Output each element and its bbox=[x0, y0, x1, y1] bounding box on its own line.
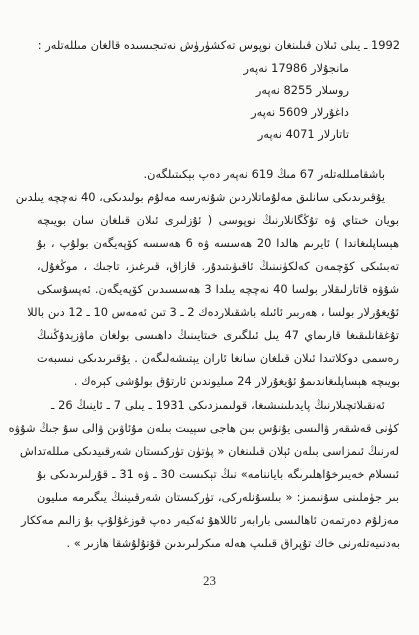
paragraph-2-line: تەبىئىكى كۆچمەن كەلكۈنىنىڭ ئاقىۋىتىدۇر. … bbox=[37, 258, 399, 274]
list-item-tatar: تاتارلار 4071 نەپەر bbox=[258, 126, 349, 142]
book-page: 1992 ـ يىلى ئىلان قىلىنغان نوپوس تەكشۈرۈ… bbox=[0, 0, 419, 635]
paragraph-3-line: كۈنى قەشقەر ۋالىسى يۇنۇس بىن ھاجى سېيىت … bbox=[37, 420, 399, 436]
paragraph-3-line: بەدنىيەتلەرنى خاك تۇپراق قىلىپ ھەلە مىكر… bbox=[66, 535, 400, 551]
paragraph-2-line: شۇۋە قاتارلىقلار بولسا 40 نەچچە يىلدا 3 … bbox=[37, 281, 399, 297]
intro-line: 1992 ـ يىلى ئىلان قىلىنغان نوپوس تەكشۈرۈ… bbox=[38, 37, 400, 53]
paragraph-3-line: لەرنىڭ ئىمزاسى بىلەن ئېلان قىلىنغان « پۈ… bbox=[37, 443, 399, 459]
list-item-manchu: مانجۇلار 17986 نەپەر bbox=[243, 60, 349, 76]
paragraph-2-line: ھېساپلىغاندا ) ئايرىم ھالدا 20 ھەسسە ۋە … bbox=[37, 235, 399, 251]
paragraph-3-line: مەزلۇم دەرتمەن ئاھالىسى بارابەر ئاللاھۇ … bbox=[37, 512, 399, 528]
paragraph-1-line: باشقامىللەتلەر 67 مىڭ 619 نەپەر دەپ بېكى… bbox=[144, 166, 385, 182]
paragraph-2-line: تۇغقانلىقىغا قارىماي 47 يىل ئىلگىرى خىتا… bbox=[37, 327, 399, 343]
list-item-russian: روسلار 8255 نەپەر bbox=[256, 82, 349, 98]
paragraph-2-line: يۇقىرىدىكى سانلىق مەلۇماتلاردىن شۇنەرسە … bbox=[51, 189, 385, 205]
page-number: 23 bbox=[0, 573, 419, 589]
paragraph-2-line: بويان خىتاي ۋە تۇڭگانلارنىڭ نوپوسى ( ئۇز… bbox=[37, 212, 399, 228]
list-item-daur: داغۇرلار 5609 نەپەر bbox=[251, 104, 349, 120]
paragraph-3-line: ئەنقىلاتچىلارنىڭ پايدىلىنىشىغا، قولىمىزد… bbox=[51, 397, 385, 413]
paragraph-2-line: رەسمى دوكلاتىدا ئىلان قىلغان سانغا ئاران… bbox=[37, 350, 399, 366]
paragraph-3-line: ئىسلام خەيىرخۇاھلىرىگە باياننامە» نىڭ تې… bbox=[37, 466, 399, 482]
paragraph-2-line: بويىچە ھېساپلىغاندىمۇ ئۇيغۇرلار 24 مىليو… bbox=[74, 373, 400, 389]
paragraph-3-line: بىر جۈملىنى سۇنىمىز: « بىلسۇنلەركى، تۈرك… bbox=[37, 489, 399, 505]
paragraph-2-line: ئۇيغۇرلار بولسا ، ھەربىر ئائىلە باشقىلار… bbox=[37, 304, 399, 320]
